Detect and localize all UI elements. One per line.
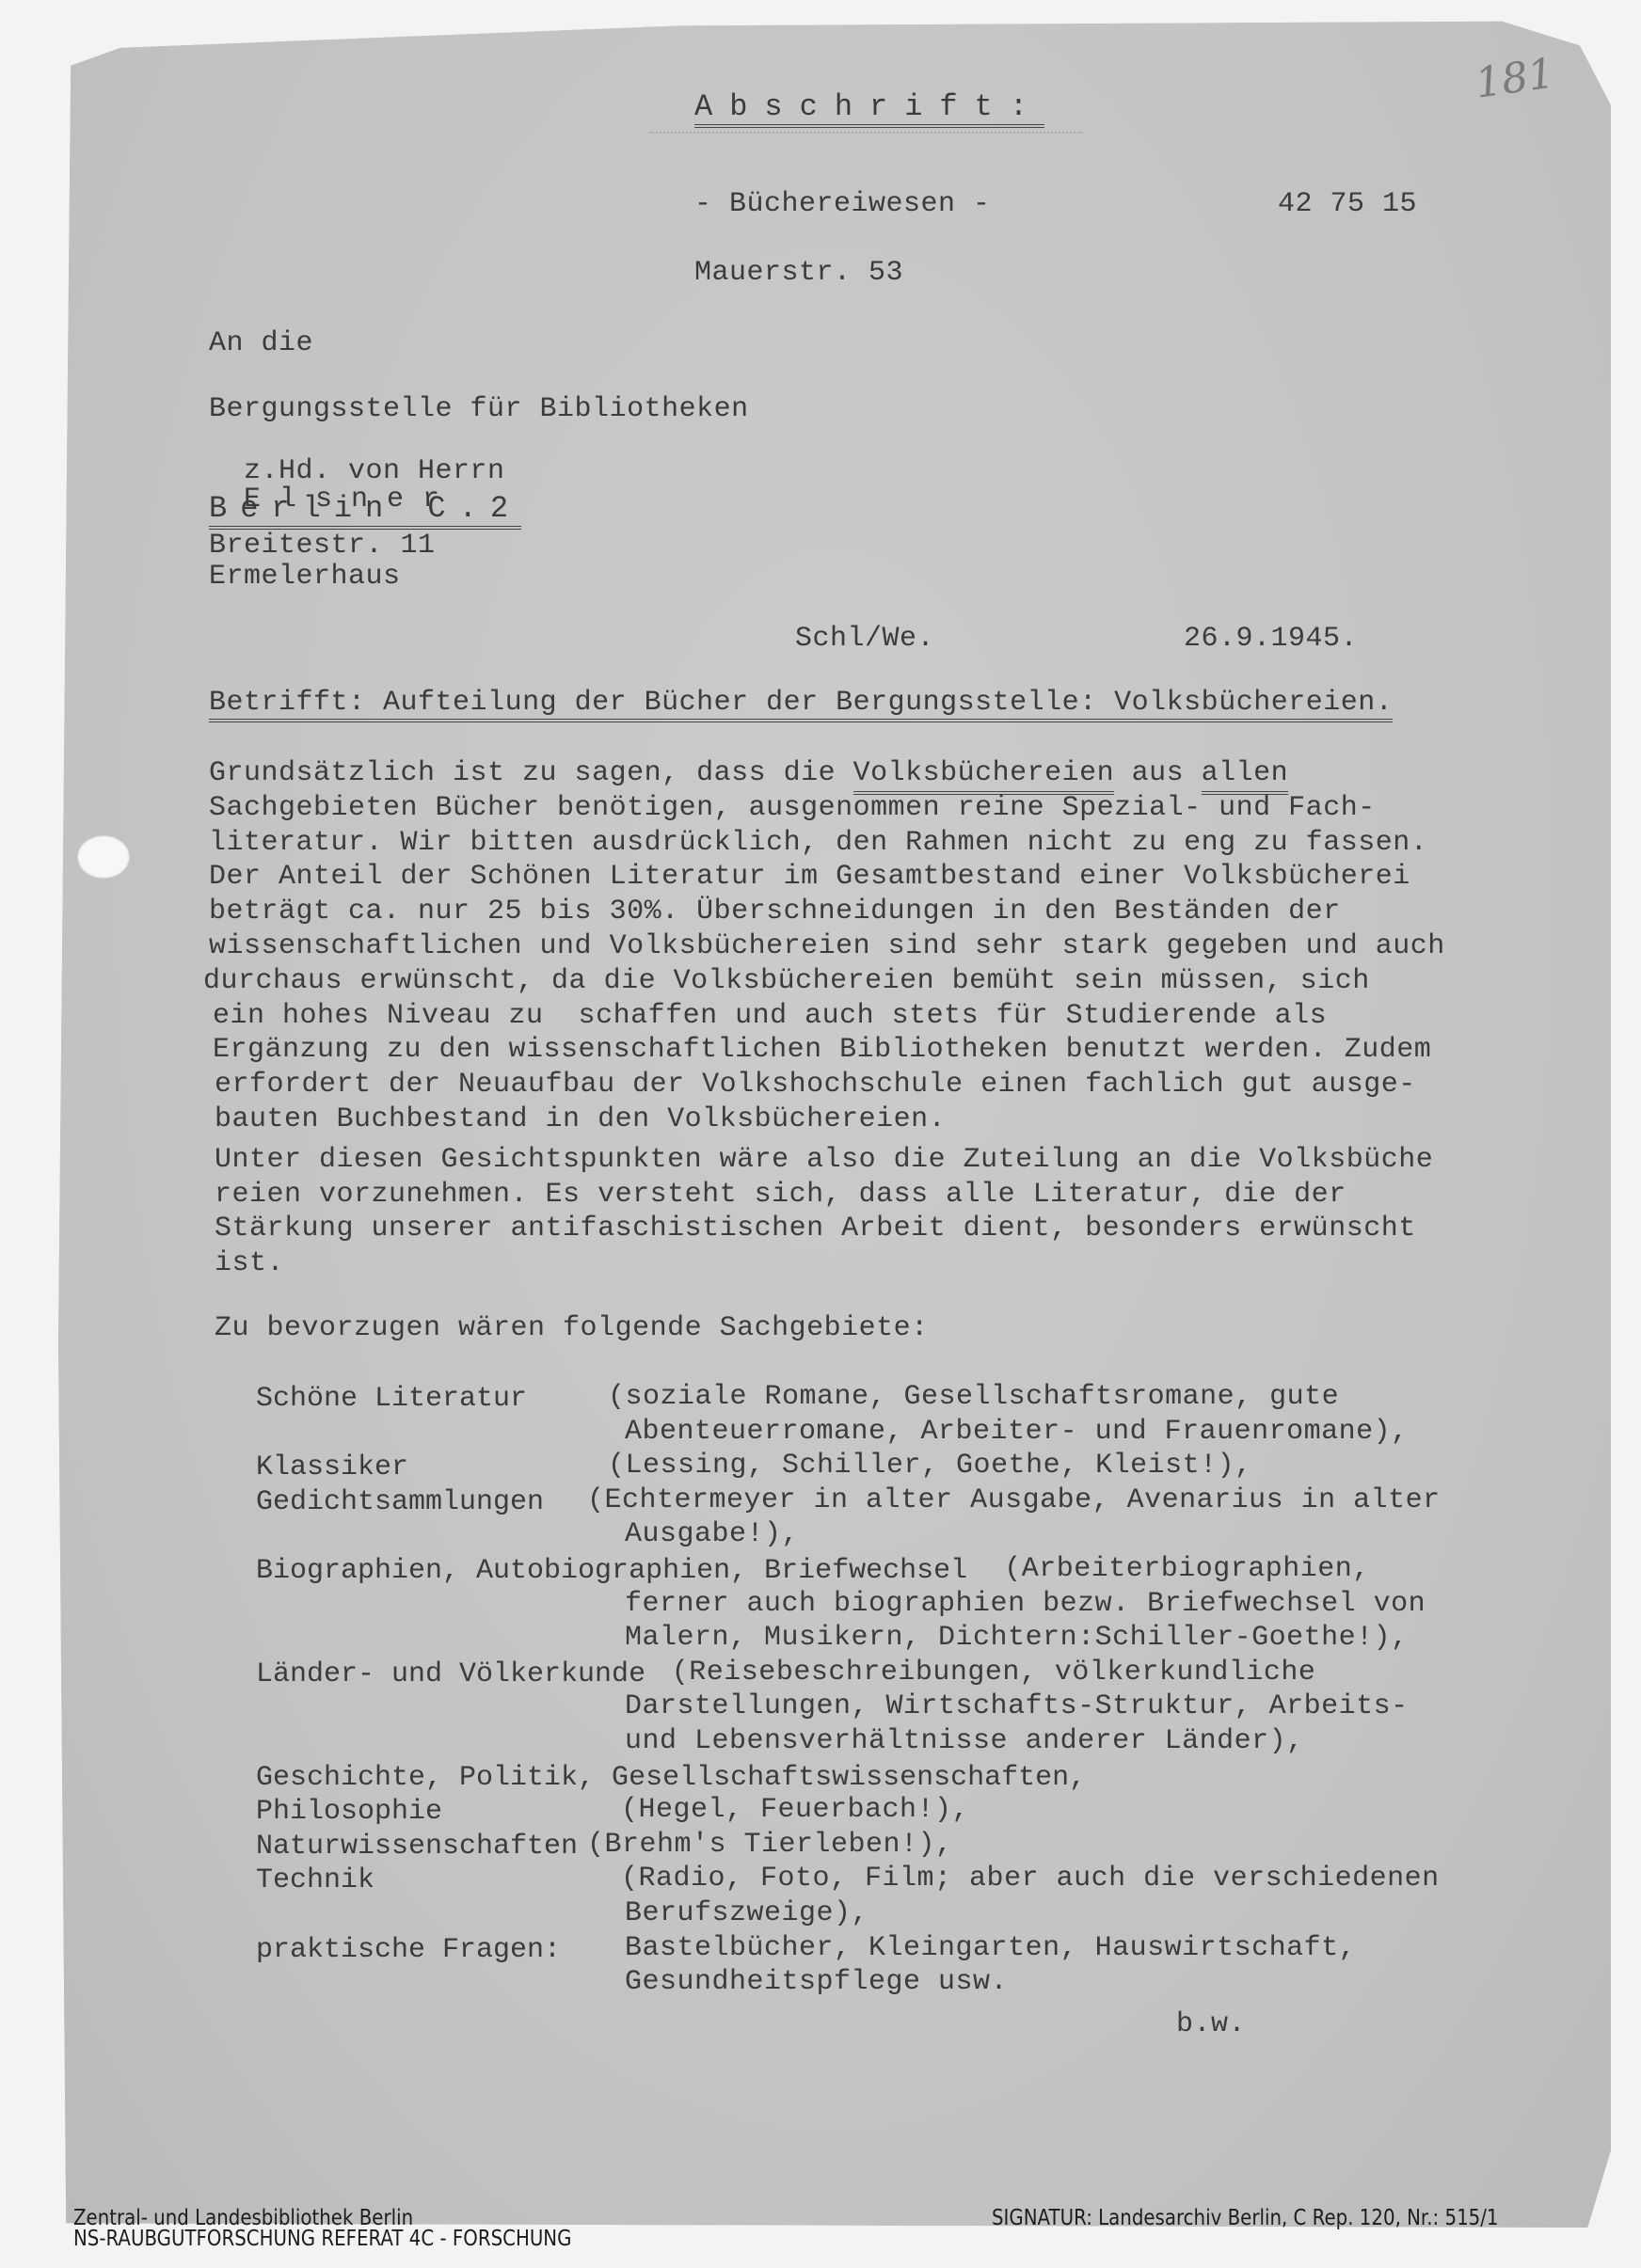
subject-area-detail: Darstellungen, Wirtschafts-Struktur, Arb…: [625, 1692, 1409, 1721]
paragraph-line: erfordert der Neuaufbau der Volkshochsch…: [215, 1071, 1416, 1099]
document-heading: Abschrift:: [694, 92, 1044, 128]
subject-area-label: Gedichtsammlungen: [256, 1486, 544, 1518]
paragraph-line: ist.: [215, 1249, 284, 1277]
subject-line: Betrifft: Aufteilung der Bücher der Berg…: [209, 689, 1393, 722]
subject-area-label: Technik: [256, 1864, 374, 1896]
subject-area-label: Biographien, Autobiographien, Briefwechs…: [256, 1555, 967, 1587]
emphasis: Volksbüchereien: [853, 757, 1115, 795]
phone-number: 42 75 15: [1278, 190, 1417, 218]
subject-area-detail: (Lessing, Schiller, Goethe, Kleist!),: [608, 1451, 1252, 1480]
faint-underline-mark: [649, 132, 1082, 134]
reference-code: Schl/We.: [795, 625, 934, 653]
recipient-building: Ermelerhaus: [209, 563, 401, 591]
paragraph-line: beträgt ca. nur 25 bis 30%. Überschneidu…: [209, 897, 1341, 926]
subject-area-label: Geschichte, Politik, Gesellschaftswissen…: [256, 1762, 1086, 1794]
paragraph-line: Grundsätzlich ist zu sagen, dass die Vol…: [209, 759, 1288, 787]
subject-area-label: Schöne Literatur: [256, 1383, 527, 1415]
subject-area-label: Klassiker: [256, 1451, 408, 1483]
subject-area-detail: (Reisebeschreibungen, völkerkundliche: [672, 1658, 1316, 1687]
subject-area-detail: und Lebensverhältnisse anderer Länder),: [625, 1727, 1304, 1755]
subject-area-detail: Abenteuerromane, Arbeiter- und Frauenrom…: [625, 1418, 1409, 1446]
closing-note: b.w.: [1176, 2010, 1246, 2038]
recipient-city: Berlin C.2: [209, 494, 521, 530]
paragraph-line: reien vorzunehmen. Es versteht sich, das…: [215, 1181, 1346, 1209]
recipient-line1: Bergungsstelle für Bibliotheken: [209, 395, 749, 423]
paragraph-line: wissenschaftlichen und Volksbüchereien s…: [209, 932, 1445, 960]
subject-area-detail: (Arbeiterbiographien,: [1004, 1555, 1370, 1583]
emphasis: allen: [1202, 757, 1289, 795]
subject-area-label: Naturwissenschaften: [256, 1831, 578, 1863]
paragraph-line: Stärkung unserer antifaschistischen Arbe…: [215, 1214, 1416, 1243]
subject-area-detail: ferner auch biographien bezw. Briefwechs…: [625, 1590, 1426, 1618]
department: - Büchereiwesen -: [694, 190, 991, 218]
paragraph-line: Ergänzung zu den wissenschaftlichen Bibl…: [213, 1036, 1431, 1064]
subject-area-label: Philosophie: [256, 1796, 442, 1828]
subject-label: Betrifft:: [209, 687, 366, 719]
recipient-salutation: An die: [209, 329, 313, 357]
punch-hole: [77, 835, 130, 879]
subject-area-detail: Ausgabe!),: [625, 1520, 799, 1548]
footer-signature: SIGNATUR: Landesarchiv Berlin, C Rep. 12…: [992, 2206, 1498, 2230]
subject-area-detail: Malern, Musikern, Dichtern:Schiller-Goet…: [625, 1624, 1409, 1652]
subject-area-detail: Bastelbücher, Kleingarten, Hauswirtschaf…: [625, 1934, 1356, 1962]
subject-area-detail: (Brehm's Tierleben!),: [587, 1831, 953, 1859]
subject-area-label: Länder- und Völkerkunde: [256, 1658, 645, 1690]
subject-area-detail: Berufszweige),: [625, 1899, 868, 1927]
subject-area-detail: (Echtermeyer in alter Ausgabe, Avenarius…: [587, 1486, 1441, 1515]
paragraph-line: bauten Buchbestand in den Volksbüchereie…: [215, 1105, 946, 1134]
footer-department: NS-RAUBGUTFORSCHUNG REFERAT 4C - FORSCHU…: [73, 2227, 571, 2251]
paragraph-line: ein hohes Niveau zu schaffen und auch st…: [213, 1002, 1327, 1030]
subject-area-detail: (soziale Romane, Gesellschaftsromane, gu…: [608, 1383, 1339, 1411]
subject-area-detail: (Radio, Foto, Film; aber auch die versch…: [621, 1864, 1440, 1893]
paragraph-line: durchaus erwünscht, da die Volksbücherei…: [203, 967, 1370, 995]
paragraph-line: Der Anteil der Schönen Literatur im Gesa…: [209, 863, 1410, 891]
letter-date: 26.9.1945.: [1184, 625, 1358, 653]
paragraph-line: Unter diesen Gesichtspunkten wäre also d…: [215, 1146, 1433, 1174]
subject-area-detail: Gesundheitspflege usw.: [625, 1968, 1008, 1996]
subject-area-label: praktische Fragen:: [256, 1934, 561, 1966]
paragraph-line: Sachgebieten Bücher benötigen, ausgenomm…: [209, 794, 1376, 822]
paragraph-line: literatur. Wir bitten ausdrücklich, den …: [209, 829, 1427, 857]
recipient-attention: z.Hd. von Herrn: [244, 455, 505, 487]
sender-address: Mauerstr. 53: [694, 259, 903, 287]
subject-area-detail: (Hegel, Feuerbach!),: [621, 1796, 969, 1824]
recipient-street: Breitestr. 11: [209, 531, 436, 560]
subject-text: Aufteilung der Bücher der Bergungsstelle…: [383, 687, 1393, 719]
list-intro: Zu bevorzugen wären folgende Sachgebiete…: [215, 1314, 929, 1342]
